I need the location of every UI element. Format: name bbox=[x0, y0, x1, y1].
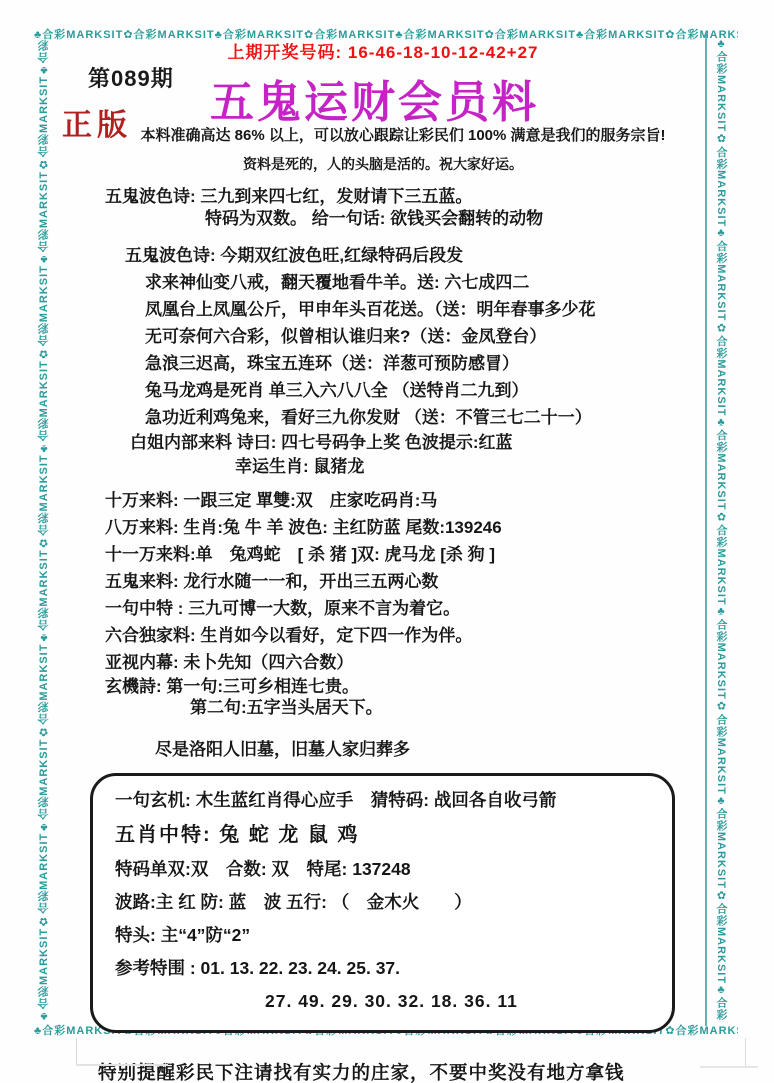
box-odd-even-line: 特码单双:双 合数: 双 特尾: 137248 bbox=[115, 853, 660, 886]
box-wave-line: 波路:主 红 防: 蓝 波 五行: （ 金木火 ） bbox=[115, 886, 660, 919]
lucky-zodiac-line: 幸运生肖: 鼠猪龙 bbox=[235, 455, 706, 479]
poem-line: 特码为双数。 给一句话: 欲钱买会翻转的动物 bbox=[205, 208, 706, 230]
mystic-poem-line: 玄機詩: 第一句:三可乡相连七贵。 bbox=[105, 676, 706, 697]
tip-line: 六合独家料: 生肖如今以看好，定下四一作为伴。 bbox=[105, 622, 706, 649]
page-title: 五鬼运财会员料 bbox=[210, 66, 539, 130]
box-head-line: 特头: 主“4”防“2” bbox=[115, 919, 660, 952]
issue-number: 第089期 bbox=[88, 62, 174, 93]
tip-line: 八万来料: 生肖:兔 牛 羊 波色: 主红防蓝 尾数:139246 bbox=[105, 514, 706, 541]
poem-line: 五鬼波色诗: 今期双红波色旺,红绿特码后段发 bbox=[125, 242, 706, 269]
tip-line: 五鬼来料: 龙行水随一一和，开出三五两心数 bbox=[105, 568, 706, 595]
final-tips-box: 一句玄机: 木生蓝红肖得心应手 猜特码: 战回各自收弓箭 五肖中特: 兔 蛇 龙… bbox=[90, 773, 675, 1033]
poem-line: 凤凰台上凤凰公斤，甲申年头百花送。（送：明年春事多少花 bbox=[145, 296, 706, 323]
poem-line: 五鬼波色诗: 三九到来四七红，发财请下三五蓝。 bbox=[105, 186, 706, 208]
scan-artifact bbox=[700, 1066, 758, 1068]
tip-line: 亚视内幕: 未卜先知（四六合数） bbox=[105, 649, 706, 676]
last-draw-numbers: 上期开奖号码: 16-46-18-10-12-42+27 bbox=[60, 38, 706, 60]
box-mystery-line: 一句玄机: 木生蓝红肖得心应手 猜特码: 战回各自收弓箭 bbox=[115, 784, 660, 817]
scan-artifact bbox=[76, 1038, 77, 1066]
sheet-content: 上期开奖号码: 16-46-18-10-12-42+27 第089期 五鬼运财会… bbox=[60, 38, 706, 1083]
box-reference-numbers-line1: 参考特围 : 01. 13. 22. 23. 24. 25. 37. bbox=[115, 952, 660, 985]
poem-line: 急浪三迟高，珠宝五连环（送：洋葱可预防感冒） bbox=[145, 350, 706, 377]
poem-line: 急功近利鸡兔来，看好三九你发财 （送：不管三七二十一） bbox=[145, 404, 706, 431]
poem-line: 尽是洛阳人旧墓，旧墓人家归葬多 bbox=[155, 736, 706, 763]
border-marksit-right: ♣合彩MARKSIT✿合彩MARKSIT♣合彩MARKSIT✿合彩MARKSIT… bbox=[712, 38, 729, 1022]
tip-line: 十一万来料:单 兔鸡蛇 [ 杀 猪 ]双: 虎马龙 [杀 狗 ] bbox=[105, 541, 706, 568]
warning-notice: 特别提醒彩民下注请找有实力的庄家，不要中奖没有地方拿钱 bbox=[98, 1059, 706, 1083]
poem-line: 无可奈何六合彩，似曾相认谁归来?（送：金凤登台） bbox=[145, 323, 706, 350]
border-marksit-left: ♣合彩MARKSIT✿合彩MARKSIT♣合彩MARKSIT✿合彩MARKSIT… bbox=[36, 38, 53, 1022]
poem-line: 兔马龙鸡是死肖 单三入六八八全 （送特肖二九到） bbox=[145, 377, 706, 404]
mystic-poem-line: 第二句:五字当头居天下。 bbox=[190, 697, 706, 718]
tip-line: 十万来料: 一跟三定 單雙:双 庄家吃码肖:马 bbox=[105, 487, 706, 514]
lottery-tip-sheet-page: ♣合彩MARKSIT✿合彩MARKSIT♣合彩MARKSIT✿合彩MARKSIT… bbox=[0, 0, 774, 1083]
insider-tip-line: 白姐内部来料 诗曰: 四七号码争上奖 色波提示:红蓝 bbox=[130, 431, 706, 455]
luck-slogan: 资料是死的，人的头脑是活的。祝大家好运。 bbox=[60, 154, 706, 174]
tip-line: 一句中特 : 三九可博一大数，原来不言为着它。 bbox=[105, 595, 706, 622]
edition-stamp: 正版 bbox=[62, 100, 132, 144]
poem-line: 求来神仙变八戒，翻天覆地看牛羊。送: 六七成四二 bbox=[145, 269, 706, 296]
scan-artifact bbox=[745, 1038, 746, 1066]
box-five-zodiac-line: 五肖中特: 兔 蛇 龙 鼠 鸡 bbox=[115, 817, 660, 853]
scan-artifact bbox=[76, 1064, 168, 1066]
box-reference-numbers-line2: 27. 49. 29. 30. 32. 18. 36. 11 bbox=[265, 985, 660, 1018]
sheet-header: 第089期 五鬼运财会员料 正版 bbox=[60, 60, 706, 120]
